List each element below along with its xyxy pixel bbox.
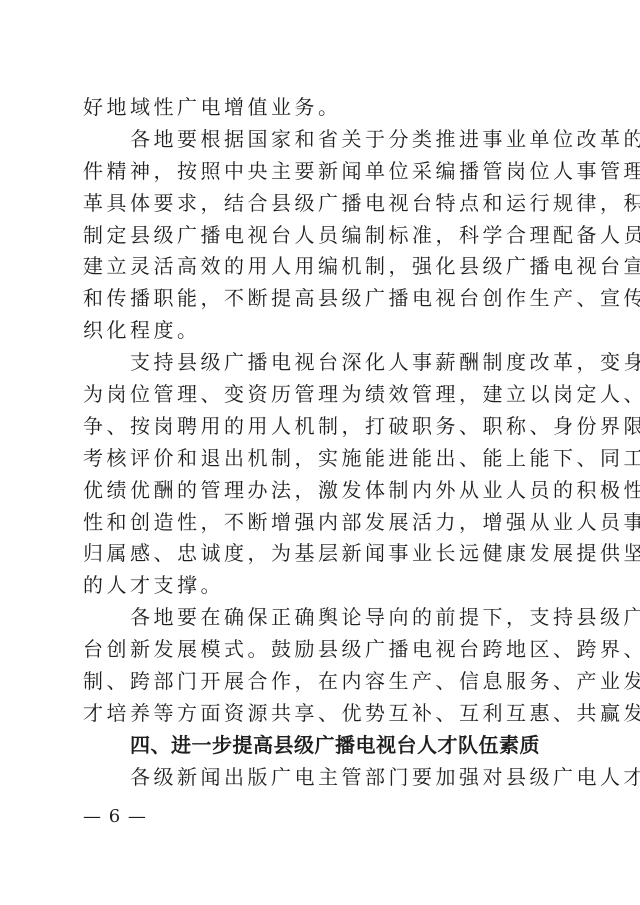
text-line: 争、按岗聘用的用人机制，打破职务、职称、身份界限，完善: [83, 411, 559, 443]
text-line: 的人才支撑。: [83, 570, 559, 602]
page-number: — 6 —: [83, 806, 147, 827]
text-line: 归属感、忠诚度，为基层新闻事业长远健康发展提供坚实有力: [83, 538, 559, 570]
text-line: 性和创造性，不断增强内部发展活力，增强从业人员事业心、: [83, 507, 559, 539]
text-line: 为岗位管理、变资历管理为绩效管理，建立以岗定人、平等竞: [83, 379, 559, 411]
document-page: 好地域性广电增值业务。各地要根据国家和省关于分类推进事业单位改革的有关文件精神，…: [0, 0, 640, 905]
text-line: 优绩优酬的管理办法，激发体制内外从业人员的积极性、主动: [83, 475, 559, 507]
text-line: 支持县级广播电视台深化人事薪酬制度改革，变身份管理: [83, 347, 559, 379]
text-line: 各地要根据国家和省关于分类推进事业单位改革的有关文: [83, 124, 559, 156]
text-line: 革具体要求，结合县级广播电视台特点和运行规律，积极探索: [83, 188, 559, 220]
text-line: 好地域性广电增值业务。: [83, 92, 559, 124]
text-line: 考核评价和退出机制，实施能进能出、能上能下、同工同酬、: [83, 443, 559, 475]
text-line: 件精神，按照中央主要新闻单位采编播管岗位人事管理制度改: [83, 156, 559, 188]
text-line: 台创新发展模式。鼓励县级广播电视台跨地区、跨界、跨所有: [83, 634, 559, 666]
text-line: 各级新闻出版广电主管部门要加强对县级广电人才新业: [83, 762, 559, 794]
text-line: 制、跨部门开展合作，在内容生产、信息服务、产业发展、人: [83, 666, 559, 698]
text-line: 各地要在确保正确舆论导向的前提下，支持县级广播电视: [83, 602, 559, 634]
text-line: 和传播职能，不断提高县级广播电视台创作生产、宣传服务组: [83, 283, 559, 315]
section-heading: 四、进一步提高县级广播电视台人才队伍素质: [83, 730, 559, 762]
body-text: 好地域性广电增值业务。各地要根据国家和省关于分类推进事业单位改革的有关文件精神，…: [83, 92, 559, 794]
text-line: 织化程度。: [83, 315, 559, 347]
text-line: 制定县级广播电视台人员编制标准，科学合理配备人员编制，: [83, 220, 559, 252]
text-line: 建立灵活高效的用人用编机制，强化县级广播电视台宣传功能: [83, 251, 559, 283]
text-line: 才培养等方面资源共享、优势互补、互利互惠、共赢发展。: [83, 698, 559, 730]
